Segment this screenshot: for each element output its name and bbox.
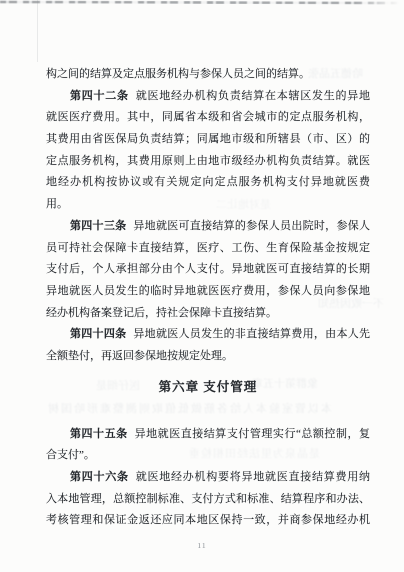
text-line: 定点服务机构，其费用原则上由地市级经办机构负责结算。就医 <box>46 151 370 173</box>
page-number: 11 <box>0 541 404 550</box>
text-line: 其费用由省医保局负责结算；同属地市级和所辖县（市、区）的 <box>46 129 370 151</box>
text-line: 合支付”。 <box>46 445 370 467</box>
text-line: 全额垫付，再返回参保地按规定处理。 <box>46 346 370 368</box>
article-44-text: 异地就医人员发生的非直接结算费用，由本人先 <box>133 328 370 340</box>
article-45-number: 第四十五条 <box>70 428 128 440</box>
article-42-text: 就医地经办机构负责结算在本辖区发生的异地 <box>136 90 370 102</box>
text-line: 经办机构备案登记后，持社会保障卡直接结算。 <box>46 303 370 325</box>
scan-artifact-left-streak <box>37 0 38 62</box>
article-46-number: 第四十六条 <box>70 471 129 483</box>
text-line: 用。 <box>46 194 370 216</box>
article-44-first-line: 第四十四条异地就医人员发生的非直接结算费用，由本人先 <box>46 324 370 346</box>
text-line: 支付后，个人承担部分由个人支付。异地就医可直接结算的长期 <box>46 259 370 281</box>
scan-artifact-top-edge <box>0 0 404 4</box>
text-line: 地经办机构按协议或有关规定向定点服务机构支付异地就医费 <box>46 172 370 194</box>
chapter-heading: 第六章 支付管理 <box>46 376 370 398</box>
article-46-text: 就医地经办机构要将异地就医直接结算费用纳 <box>136 471 370 483</box>
text-line: 考核管理和保证金返还应同本地区保持一致，并商参保地经办机 <box>46 510 370 532</box>
article-42-first-line: 第四十二条就医地经办机构负责结算在本辖区发生的异地 <box>46 86 370 108</box>
article-43-first-line: 第四十三条异地就医可直接结算的参保人员出院时，参保人 <box>46 216 370 238</box>
document-body: 构之间的结算及定点服务机构与参保人员之间的结算。 第四十二条就医地经办机构负责结… <box>46 64 370 532</box>
article-45-text: 异地就医直接结算支付管理实行“总额控制，复 <box>135 428 370 440</box>
article-43-text: 异地就医可直接结算的参保人员出院时，参保人 <box>133 220 370 232</box>
article-42-number: 第四十二条 <box>70 90 129 102</box>
text-line: 就医医疗费用。其中，同属省本级和省会城市的定点服务机构， <box>46 107 370 129</box>
article-45-first-line: 第四十五条异地就医直接结算支付管理实行“总额控制，复 <box>46 424 370 446</box>
article-43-number: 第四十三条 <box>70 220 126 232</box>
text-line: 异地就医人员发生的临时异地就医医疗费用，参保人员向参保地 <box>46 281 370 303</box>
article-46-first-line: 第四十六条就医地经办机构要将异地就医直接结算费用纳 <box>46 467 370 489</box>
text-line: 员可持社会保障卡直接结算，医疗、工伤、生育保险基金按规定 <box>46 238 370 260</box>
scanned-document-page: 构之间的结算及定点服务机构与参保人员之间的结算。 第四十二条就医地经办机构负责结… <box>0 0 404 572</box>
article-44-number: 第四十四条 <box>70 328 126 340</box>
text-line: 入本地管理，总额控制标准、支付方式和标准、结算程序和办法、 <box>46 489 370 511</box>
continuation-line: 构之间的结算及定点服务机构与参保人员之间的结算。 <box>46 64 370 86</box>
